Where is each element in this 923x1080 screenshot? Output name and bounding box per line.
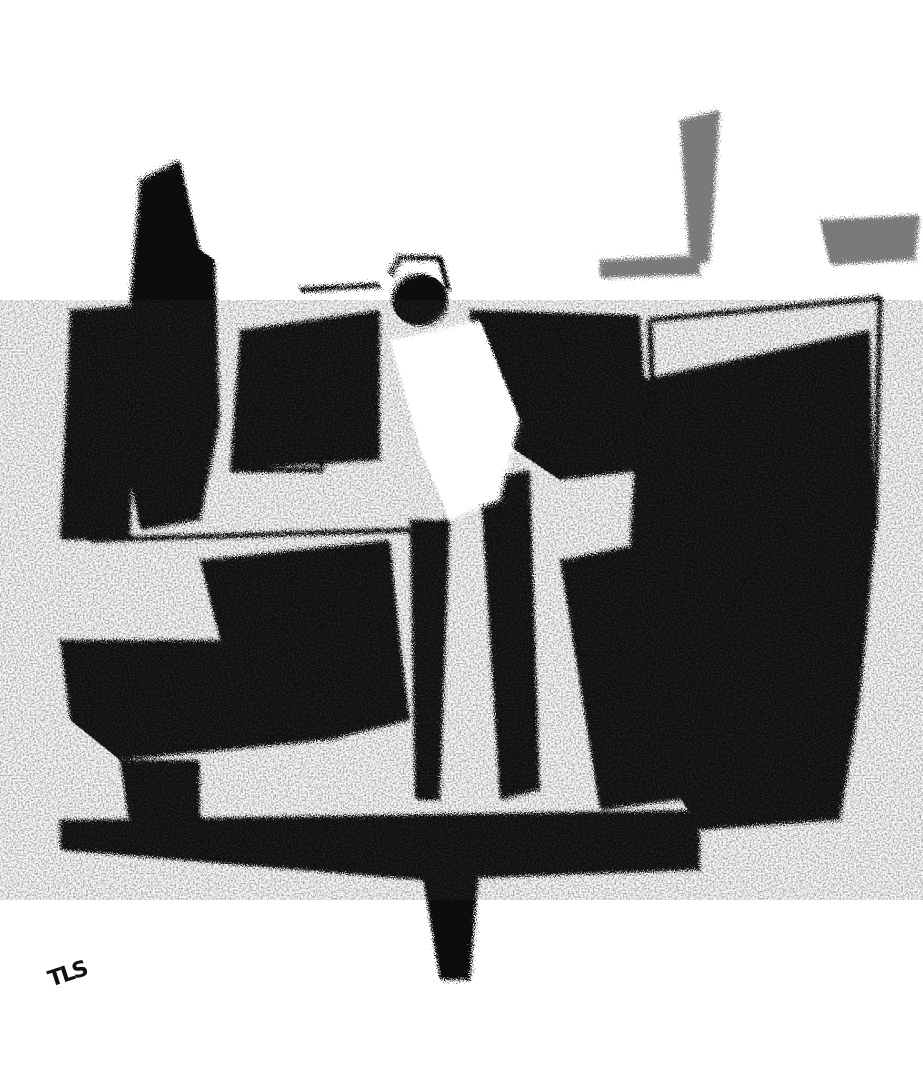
background-scribbles xyxy=(600,110,920,278)
charcoal-drawing xyxy=(0,0,923,1080)
